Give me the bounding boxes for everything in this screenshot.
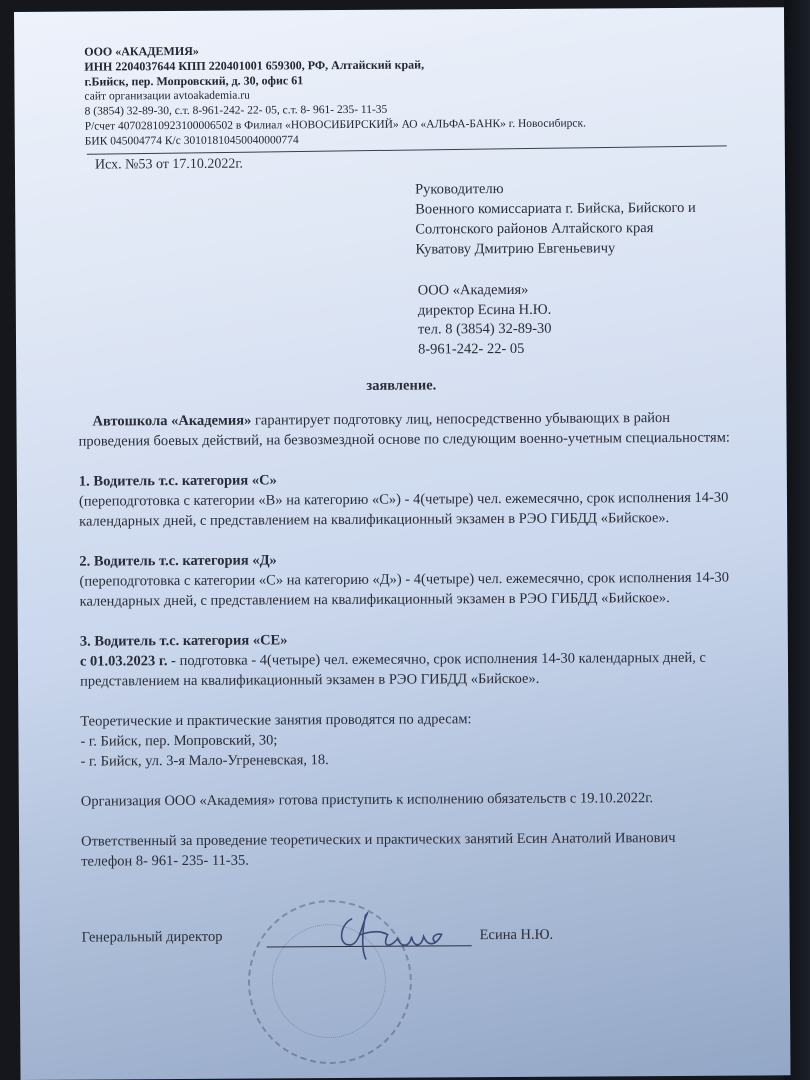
account-line: Р/счет 40702810923100006502 в Филиал «НО… (85, 117, 586, 135)
document-body: Автошкола «Академия» гарантирует подгото… (78, 408, 741, 872)
ready-statement: Организация ООО «Академия» готова присту… (81, 788, 741, 812)
sender-line: директор Есина Н.Ю. (418, 300, 552, 320)
letterhead: ООО «АКАДЕМИЯ» ИНН 2204037644 КПП 220401… (84, 42, 586, 150)
signatory-position: Генеральный директор (82, 929, 223, 947)
specialty-text: с 01.03.2023 г. - подготовка - 4(четыре)… (80, 648, 740, 692)
bik-line: БИК 045004774 К/с 30101810450040000774 (85, 132, 586, 150)
sender-line: ООО «Академия» (418, 281, 552, 301)
addressee-line: Руководителю (415, 178, 696, 200)
addressee-line: Военного комиссариата г. Бийска, Бийског… (415, 198, 696, 220)
handwritten-signature (331, 904, 451, 965)
specialty-text: (переподготовка с категории «В» на катег… (79, 488, 739, 532)
signatory-name: Есина Н.Ю. (480, 927, 554, 944)
outgoing-reference: Исх. №53 от 17.10.2022г. (95, 157, 243, 174)
document-page: ООО «АКАДЕМИЯ» ИНН 2204037644 КПП 220401… (14, 7, 791, 1080)
responsible-person: Ответственный за проведение теоретически… (81, 828, 741, 852)
responsible-phone: телефон 8- 961- 235- 11-35. (81, 848, 741, 872)
addressee-line: Солтонского районов Алтайского края (415, 218, 696, 240)
specialty-date: с 01.03.2023 г. - (80, 653, 176, 670)
sender-line: тел. 8 (3854) 32-89-30 (418, 320, 552, 340)
intro-paragraph: Автошкола «Академия» гарантирует подгото… (78, 408, 738, 452)
intro-lead: Автошкола «Академия» (92, 413, 251, 430)
addressee-block: Руководителю Военного комиссариата г. Би… (415, 178, 696, 260)
specialty-text: (переподготовка с категории «С» на катег… (79, 568, 739, 612)
document-title: заявление. (16, 375, 786, 397)
sender-line: 8-961-242- 22- 05 (418, 339, 552, 359)
addressee-line: Куватову Дмитрию Евгеньевичу (415, 238, 696, 260)
sender-block: ООО «Академия» директор Есина Н.Ю. тел. … (418, 281, 552, 360)
